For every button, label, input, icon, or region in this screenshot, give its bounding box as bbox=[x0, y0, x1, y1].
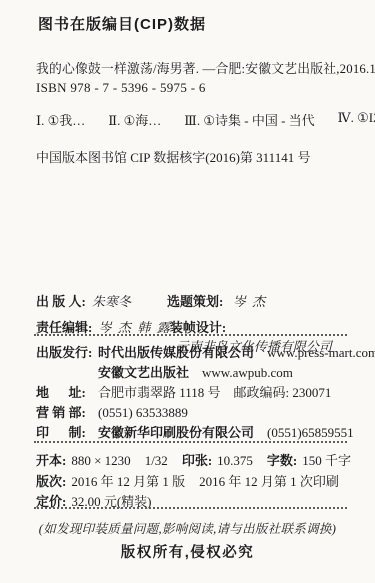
edition-spec: 版次: 2016 年 12 月第 1 版 bbox=[36, 472, 185, 493]
divider-dotted-2 bbox=[34, 441, 347, 443]
divider-dotted-3 bbox=[34, 507, 347, 509]
distribution-label: 出版发行: bbox=[36, 343, 98, 363]
format-value: 880 × 1230 bbox=[71, 451, 130, 472]
planner-credit: 选题策划: 岑 杰 bbox=[167, 291, 265, 310]
cip-heading: 图书在版编目(CIP)数据 bbox=[38, 13, 206, 34]
press-website: www.awpub.com bbox=[202, 363, 293, 383]
edition-value: 2016 年 12 月第 1 版 bbox=[71, 472, 185, 493]
sheet-value: 10.375 bbox=[217, 451, 253, 472]
printing-run-value: 2016 年 12 月第 1 次印刷 bbox=[199, 472, 339, 493]
printing-label: 印 制: bbox=[36, 423, 98, 443]
publisher-credit: 出 版 人: 朱寒冬 bbox=[36, 291, 167, 310]
sheet-label: 印张: bbox=[182, 451, 212, 472]
publishing-row: 营 销 部: (0551) 63533889 bbox=[36, 403, 371, 423]
classification-item-3: Ⅲ. ①诗集 - 中国 - 当代 bbox=[184, 110, 314, 129]
publishing-row: 出版发行: 时代出版传媒股份有限公司 www.press-mart.com bbox=[36, 343, 371, 363]
postal-code: 邮政编码: 230071 bbox=[234, 383, 332, 403]
sheet-spec: 印张: 10.375 bbox=[182, 451, 253, 472]
wordcount-label: 字数: bbox=[267, 451, 297, 472]
publisher-name: 朱寒冬 bbox=[92, 291, 131, 310]
book-copyright-page: 图书在版编目(CIP)数据 我的心像鼓一样激荡/海男著. —合肥:安徽文艺出版社… bbox=[0, 0, 375, 583]
wordcount-spec: 字数: 150 千字 bbox=[267, 451, 351, 472]
price-row: 定价: 32.00 元(精装) bbox=[36, 492, 371, 513]
classification-item-4: Ⅳ. ①I227 bbox=[338, 110, 375, 129]
price-value: 32.00 元(精装) bbox=[71, 492, 151, 513]
format-fraction: 1/32 bbox=[145, 451, 168, 472]
publisher-label: 出 版 人: bbox=[36, 291, 86, 310]
price-spec: 定价: 32.00 元(精装) bbox=[36, 492, 152, 513]
edition-label: 版次: bbox=[36, 472, 66, 493]
distribution-company: 时代出版传媒股份有限公司 bbox=[98, 343, 254, 363]
format-row: 开本: 880 × 1230 1/32 印张: 10.375 字数: 150 千… bbox=[36, 451, 371, 472]
cip-record-number-line: 中国版本图书馆 CIP 数据核字(2016)第 311141 号 bbox=[36, 147, 310, 166]
address-value: 合肥市翡翠路 1118 号 bbox=[98, 383, 221, 403]
price-label: 定价: bbox=[36, 492, 66, 513]
printing-phone: (0551)65859551 bbox=[267, 423, 354, 443]
cip-title-line: 我的心像鼓一样激荡/海男著. —合肥:安徽文艺出版社,2016.12 bbox=[36, 58, 366, 77]
publishing-row: 安徽文艺出版社 www.awpub.com bbox=[36, 363, 371, 383]
press-name: 安徽文艺出版社 bbox=[98, 363, 189, 383]
address-label: 地 址: bbox=[36, 383, 98, 403]
publishing-row: 印 制: 安徽新华印刷股份有限公司 (0551)65859551 bbox=[36, 423, 371, 443]
planner-name: 岑 杰 bbox=[233, 294, 266, 309]
classification-item-2: Ⅱ. ①海… bbox=[108, 110, 161, 129]
copyright-statement: 版权所有,侵权必究 bbox=[0, 541, 375, 562]
isbn-line: ISBN 978 - 7 - 5396 - 5975 - 6 bbox=[36, 80, 206, 96]
planner-label: 选题策划: bbox=[167, 294, 223, 309]
designer-label: 装帧设计: bbox=[170, 320, 226, 335]
format-label: 开本: bbox=[36, 451, 66, 472]
publishing-row: 地 址: 合肥市翡翠路 1118 号 邮政编码: 230071 bbox=[36, 383, 371, 403]
cip-classification-row: Ⅰ. ①我… Ⅱ. ①海… Ⅲ. ①诗集 - 中国 - 当代 Ⅳ. ①I227 bbox=[36, 110, 375, 129]
quality-notice: (如发现印装质量问题,影响阅读,请与出版社联系调换) bbox=[0, 519, 375, 537]
publishing-info: 出版发行: 时代出版传媒股份有限公司 www.press-mart.com 安徽… bbox=[36, 343, 371, 443]
distribution-website: www.press-mart.com bbox=[267, 343, 375, 363]
marketing-dept-label: 营 销 部: bbox=[36, 403, 98, 423]
divider-dotted-1 bbox=[34, 334, 347, 336]
staff-row-1: 出 版 人: 朱寒冬 选题策划: 岑 杰 bbox=[36, 291, 366, 310]
wordcount-value: 150 千字 bbox=[302, 451, 351, 472]
print-specs: 开本: 880 × 1230 1/32 印张: 10.375 字数: 150 千… bbox=[36, 451, 371, 513]
printing-company: 安徽新华印刷股份有限公司 bbox=[98, 423, 254, 443]
edition-row: 版次: 2016 年 12 月第 1 版 2016 年 12 月第 1 次印刷 bbox=[36, 472, 371, 493]
classification-item-1: Ⅰ. ①我… bbox=[36, 110, 85, 129]
marketing-phone: (0551) 63533889 bbox=[98, 403, 188, 423]
format-spec: 开本: 880 × 1230 bbox=[36, 451, 131, 472]
